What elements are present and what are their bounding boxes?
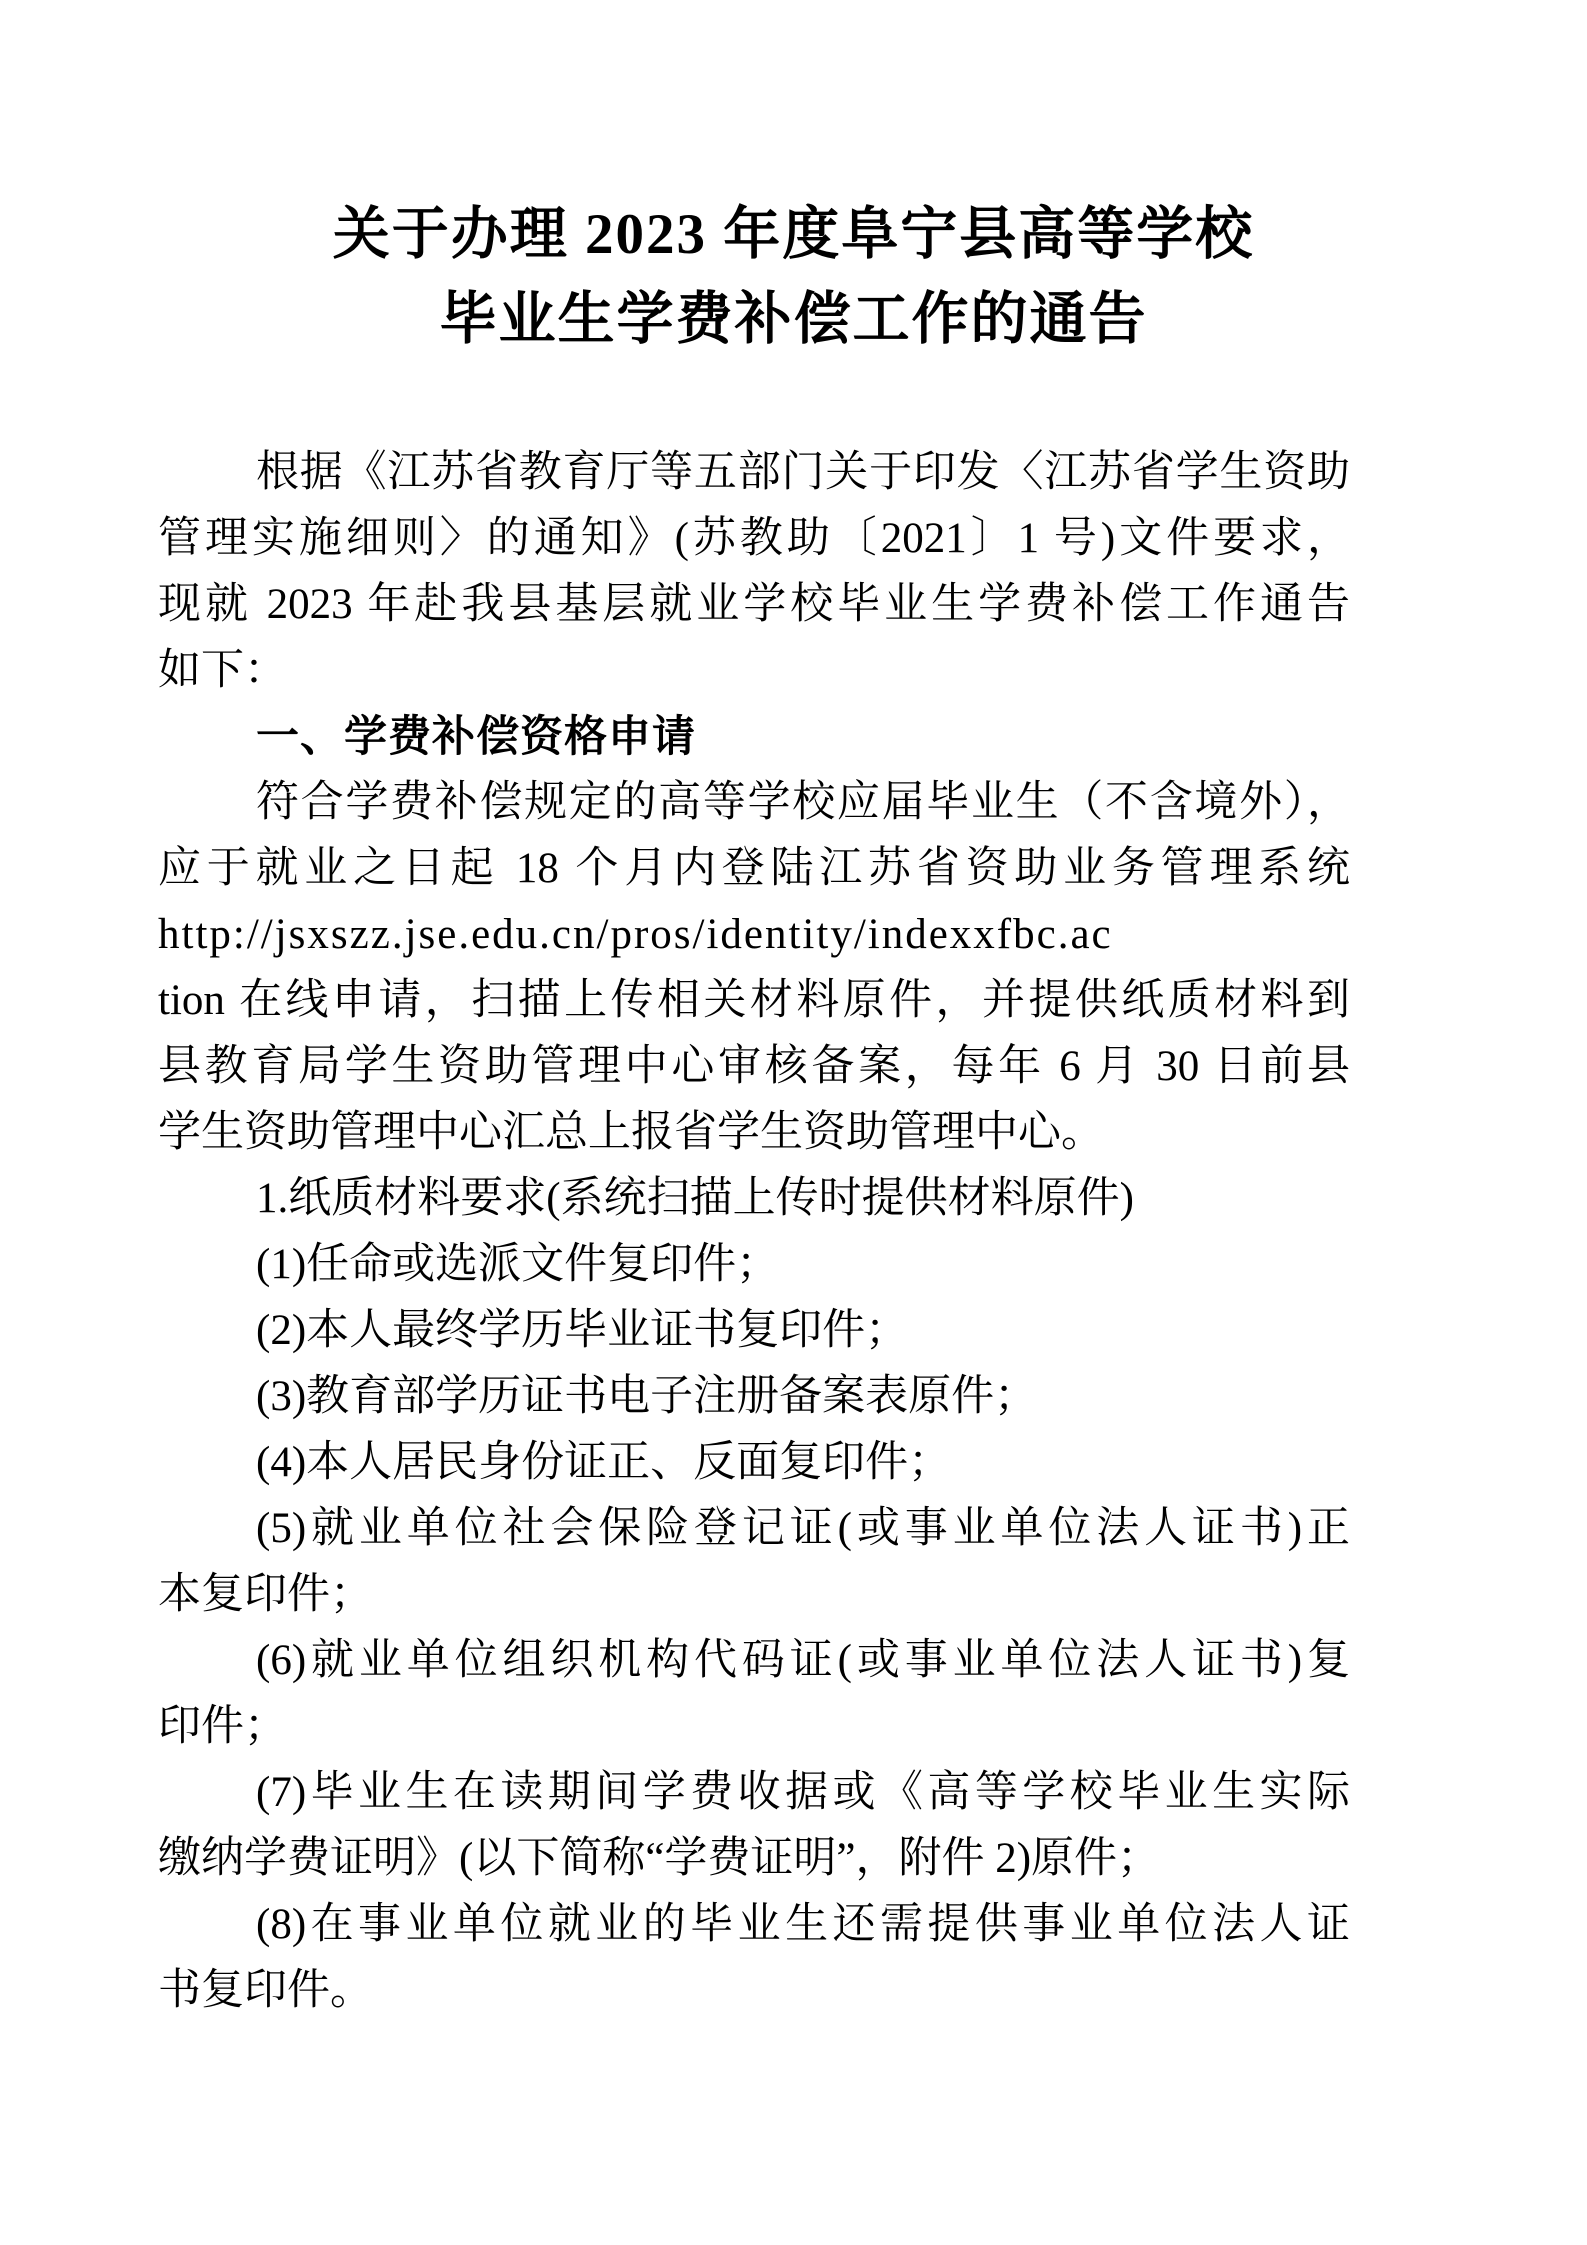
body-text-line: 县教育局学生资助管理中心审核备案，每年 6 月 30 日前县 bbox=[158, 1034, 1350, 1100]
body-text-line: (7)毕业生在读期间学费收据或《高等学校毕业生实际 bbox=[158, 1760, 1350, 1826]
body-text-line: 书复印件。 bbox=[158, 1958, 1350, 2024]
body-text-line: (2)本人最终学历毕业证书复印件； bbox=[158, 1298, 1350, 1364]
body-text-line: 管理实施细则〉的通知》(苏教助〔2021〕1 号)文件要求， bbox=[158, 506, 1350, 572]
body-text-line: 学生资助管理中心汇总上报省学生资助管理中心。 bbox=[158, 1100, 1350, 1166]
document-title: 关于办理 2023 年度阜宁县高等学校 毕业生学费补偿工作的通告 bbox=[0, 0, 1587, 362]
body-text-line: (1)任命或选派文件复印件； bbox=[158, 1232, 1350, 1298]
body-text-line: (4)本人居民身份证正、反面复印件； bbox=[158, 1430, 1350, 1496]
body-text-line: (5)就业单位社会保险登记证(或事业单位法人证书)正 bbox=[158, 1496, 1350, 1562]
section-heading: 一、学费补偿资格申请 bbox=[158, 704, 1350, 770]
title-line-1: 关于办理 2023 年度阜宁县高等学校 bbox=[0, 192, 1587, 277]
body-text-line: 1.纸质材料要求(系统扫描上传时提供材料原件) bbox=[158, 1166, 1350, 1232]
document-body: 根据《江苏省教育厅等五部门关于印发〈江苏省学生资助管理实施细则〉的通知》(苏教助… bbox=[158, 440, 1350, 2024]
url-text-line: http://jsxszz.jse.edu.cn/pros/identity/i… bbox=[158, 902, 1350, 968]
document-page: 关于办理 2023 年度阜宁县高等学校 毕业生学费补偿工作的通告 根据《江苏省教… bbox=[0, 0, 1587, 2245]
body-text-line: 印件； bbox=[158, 1694, 1350, 1760]
body-text-line: (6)就业单位组织机构代码证(或事业单位法人证书)复 bbox=[158, 1628, 1350, 1694]
body-text-line: 应于就业之日起 18 个月内登陆江苏省资助业务管理系统 bbox=[158, 836, 1350, 902]
body-text-line: 如下： bbox=[158, 638, 1350, 704]
body-text-line: 现就 2023 年赴我县基层就业学校毕业生学费补偿工作通告 bbox=[158, 572, 1350, 638]
body-text-line: (8)在事业单位就业的毕业生还需提供事业单位法人证 bbox=[158, 1892, 1350, 1958]
body-text-line: 缴纳学费证明》(以下简称“学费证明”，附件 2)原件； bbox=[158, 1826, 1350, 1892]
title-line-2: 毕业生学费补偿工作的通告 bbox=[0, 277, 1587, 362]
body-text-line: 符合学费补偿规定的高等学校应届毕业生（不含境外）， bbox=[158, 770, 1350, 836]
body-text-line: 本复印件； bbox=[158, 1562, 1350, 1628]
body-text-line: 根据《江苏省教育厅等五部门关于印发〈江苏省学生资助 bbox=[158, 440, 1350, 506]
body-text-line: tion 在线申请，扫描上传相关材料原件，并提供纸质材料到 bbox=[158, 968, 1350, 1034]
body-text-line: (3)教育部学历证书电子注册备案表原件； bbox=[158, 1364, 1350, 1430]
